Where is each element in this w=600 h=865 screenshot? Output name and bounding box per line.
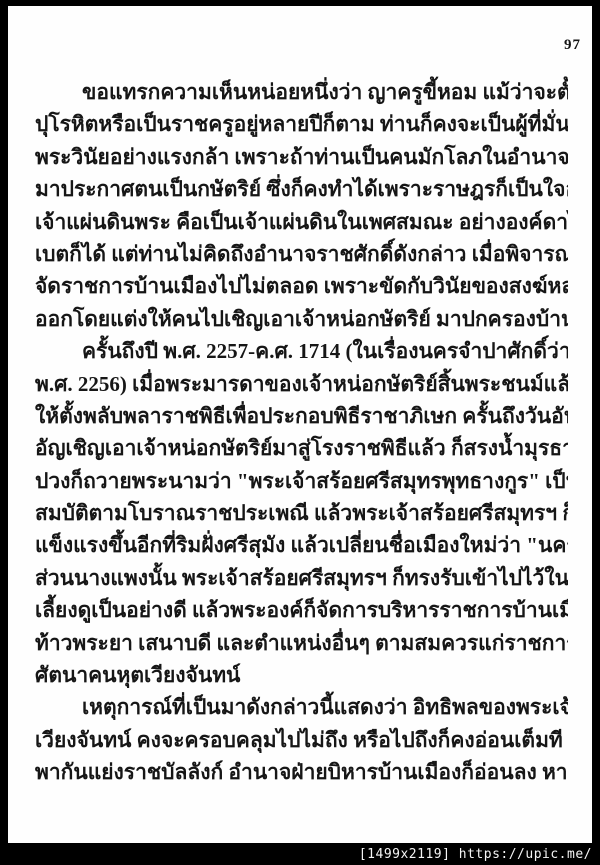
text-line: เจ้าแผ่นดินพระ คือเป็นเจ้าแผ่นดินในเพศสม… [35,206,568,238]
text-line: ให้ตั้งพลับพลาราชพิธีเพื่อประกอบพิธีราชา… [35,400,568,432]
text-line: ออกโดยแต่งให้คนไปเชิญเอาเจ้าหน่อกษัตริย์… [35,303,568,335]
watermark-text: [1499x2119] https://upic.me/ [359,847,592,862]
page-number: 97 [564,37,581,54]
text-line: อัญเชิญเอาเจ้าหน่อกษัตริย์มาสู่โรงราชพิธ… [35,432,568,464]
text-line: เบตก็ได้ แต่ท่านไม่คิดถึงอำนาจราชศักดิ์ด… [35,238,568,270]
watermark-bar: [1499x2119] https://upic.me/ [0,843,600,865]
text-line: เหตุการณ์ที่เป็นมาดังกล่าวนี้แสดงว่า อิท… [35,691,568,723]
text-line: เลี้ยงดูเป็นอย่างดี แล้วพระองค์ก็จัดการบ… [35,594,568,626]
text-line: แข็งแรงขึ้นอีกที่ริมฝั่งศรีสุมัง แล้วเปล… [35,529,568,561]
text-line: ท้าวพระยา เสนาบดี และตำแหน่งอื่นๆ ตามสมค… [35,627,568,659]
text-line: พากันแย่งราชบัลลังก์ อำนาจฝ่ายบิหารบ้านเ… [35,756,568,788]
text-line: พ.ศ. 2256) เมื่อพระมารดาของเจ้าหน่อกษัตร… [35,368,568,400]
text-line: มาประกาศตนเป็นกษัตริย์ ซึ่งก็คงทำได้เพรา… [35,173,568,205]
text-line: ศัตนาคนหุตเวียงจันทน์ [35,659,568,691]
text-line: ส่วนนางแพงนั้น พระเจ้าสร้อยศรีสมุทรฯ ก็ท… [35,562,568,594]
text-line: ปวงก็ถวายพระนามว่า "พระเจ้าสร้อยศรีสมุทร… [35,465,568,497]
text-line: เวียงจันทน์ คงจะครอบคลุมไปไม่ถึง หรือไปถ… [35,724,568,756]
text-line: จัดราชการบ้านเมืองไปไม่ตลอด เพราะขัดกับว… [35,270,568,302]
scanned-page-frame: 97 ขอแทรกความเห็นหน่อยหนึ่งว่า ญาครูขี้ห… [0,0,600,865]
text-line: ขอแทรกความเห็นหน่อยหนึ่งว่า ญาครูขี้หอม … [35,76,568,108]
text-line: สมบัติตามโบราณราชประเพณี แล้วพระเจ้าสร้อ… [35,497,568,529]
text-line: พระวินัยอย่างแรงกล้า เพราะถ้าท่านเป็นคนม… [35,141,568,173]
text-line: ครั้นถึงปี พ.ศ. 2257-ค.ศ. 1714 (ในเรื่อง… [35,335,568,367]
text-line: ปุโรหิตหรือเป็นราชครูอยู่หลายปีก็ตาม ท่า… [35,108,568,140]
book-page: 97 ขอแทรกความเห็นหน่อยหนึ่งว่า ญาครูขี้ห… [8,6,592,843]
page-body-text: ขอแทรกความเห็นหน่อยหนึ่งว่า ญาครูขี้หอม … [35,76,568,789]
